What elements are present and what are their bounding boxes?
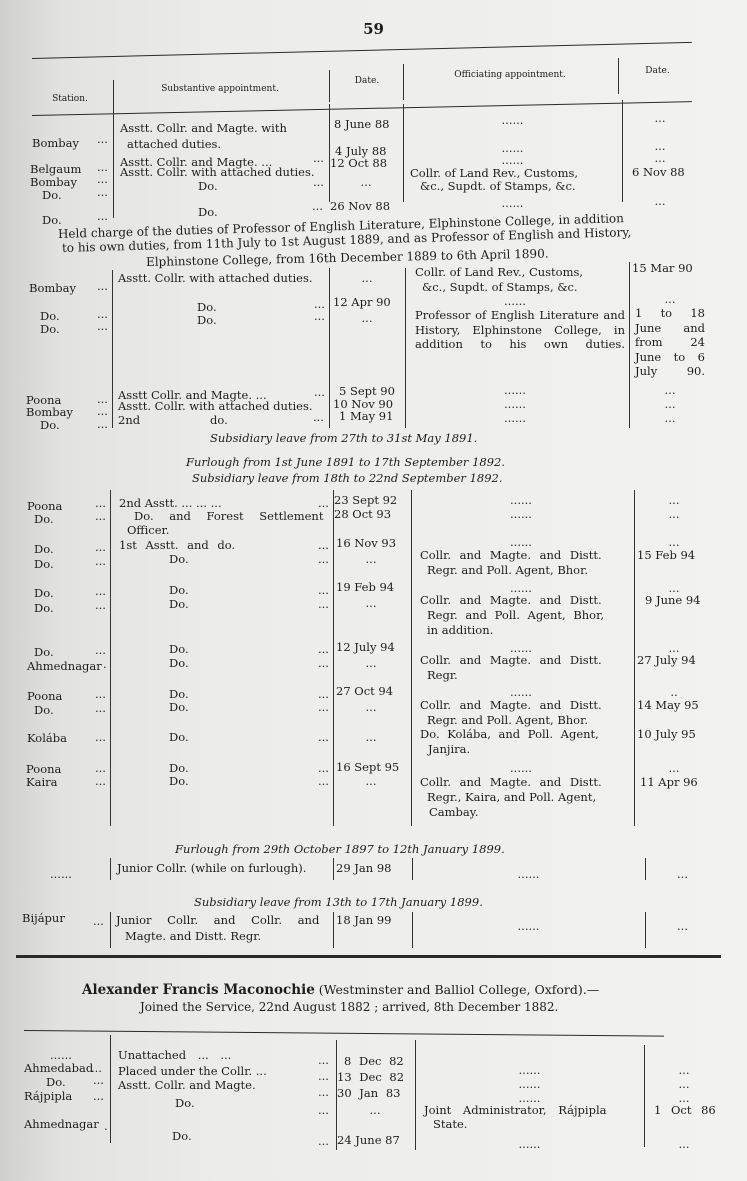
substantive-cell: Asstt. Collr. and Magte. with — [120, 122, 287, 135]
trailing-dots: ... — [318, 657, 329, 670]
officiating-date-cell: ... — [645, 868, 720, 881]
officiating-date-cell: 6 Nov 88 — [632, 166, 685, 179]
officiating-cell: ...... — [411, 494, 631, 507]
substantive-cell: Do. — [169, 584, 189, 597]
officiating-date-cell: ... — [644, 1064, 724, 1077]
station-dots: ... — [97, 133, 108, 146]
station-cell: Bijápur — [22, 912, 65, 925]
date-cell: 12 Apr 90 — [333, 296, 391, 309]
trailing-dots: ... — [318, 584, 329, 597]
substantive-cell: Do. — [169, 643, 189, 656]
date-cell: 23 Sept 92 — [334, 494, 397, 507]
date-cell: 27 Oct 94 — [336, 685, 393, 698]
trailing-dots: ... — [313, 176, 324, 189]
station-cell: Ahmedabad — [24, 1062, 93, 1075]
officiating-date-cell: ... — [634, 508, 714, 521]
officiating-cell: &c., Supdt. of Stamps, &c. — [422, 281, 578, 294]
station-dots: ... — [97, 320, 108, 333]
officiating-date-cell: ... — [630, 293, 710, 306]
substantive-cell: Do. — [169, 598, 189, 611]
date-cell: ... — [334, 553, 408, 566]
date-cell: ... — [332, 272, 402, 285]
officiating-cell: in addition. — [427, 624, 493, 637]
station-dots: ... — [95, 510, 106, 523]
station-dots: ... — [97, 418, 108, 431]
note-furlough-1891: Furlough from 1st June 1891 to 17th Sept… — [186, 456, 505, 469]
substantive-cell: Placed under the Collr. ... — [118, 1065, 267, 1078]
column-divider — [333, 858, 334, 880]
officiating-date-cell: ... — [645, 920, 720, 933]
date-cell: ... — [334, 701, 408, 714]
officiating-date-cell: 10 July 95 — [637, 728, 696, 741]
column-divider — [110, 858, 111, 880]
trailing-dots: ... — [318, 1054, 329, 1067]
station-dots: ... — [95, 702, 106, 715]
trailing-dots: ... — [318, 539, 329, 552]
substantive-cell: Do. — [197, 314, 217, 327]
officiating-cell: ...... — [405, 412, 625, 425]
station-cell: Do. — [34, 587, 54, 600]
column-divider — [112, 270, 113, 428]
note-furlough-1897: Furlough from 29th October 1897 to 12th … — [175, 843, 505, 856]
officiating-cell: Do. Kolába, and Poll. Agent, — [420, 728, 599, 741]
date-cell: ... — [334, 731, 408, 744]
officiating-cell: ...... — [405, 384, 625, 397]
substantive-cell: Do. — [169, 701, 189, 714]
date-cell: 28 Oct 93 — [334, 508, 391, 521]
officiating-date-cell: ... — [644, 1078, 724, 1091]
header-station: Station. — [35, 94, 105, 104]
trailing-dots: ... — [314, 310, 325, 323]
station-dots: ... — [93, 1074, 104, 1087]
station-cell: Do. — [34, 543, 54, 556]
officiating-date-cell: 1 to 18 June and from 24 June to 6 July … — [635, 306, 705, 379]
header-divider — [329, 70, 330, 102]
station-cell: Do. — [34, 558, 54, 571]
officiating-cell: &c., Supdt. of Stamps, &c. — [420, 180, 576, 193]
officiating-date-cell: ... — [630, 398, 710, 411]
date-cell: ... — [334, 597, 408, 610]
date-cell: 19 Feb 94 — [336, 581, 394, 594]
trailing-dots: ... — [318, 701, 329, 714]
station-dots: ... — [97, 186, 108, 199]
trailing-dots: ... — [318, 1070, 329, 1083]
station-cell: Do. — [34, 513, 54, 526]
substantive-cell: Asstt. Collr. and Magte. — [118, 1079, 256, 1092]
station-dots: ... — [95, 585, 106, 598]
officiating-cell: Joint Administrator, Rájpipla — [424, 1104, 606, 1117]
officiating-cell: ...... — [415, 1138, 644, 1151]
officer-education: (Westminster and Balliol College, Oxford… — [319, 982, 599, 997]
officiating-cell: ...... — [412, 920, 645, 933]
officiating-cell: Collr. and Magte. and Distt. — [420, 776, 602, 789]
trailing-dots: ... — [314, 386, 325, 399]
station-cell: Do. — [34, 646, 54, 659]
station-cell: Do. — [42, 214, 62, 227]
station-dots: ... — [97, 210, 108, 223]
date-cell: 18 Jan 99 — [336, 914, 391, 927]
station-cell: Bombay — [32, 137, 79, 150]
date-cell: 12 July 94 — [336, 641, 395, 654]
trailing-dots: ... — [318, 775, 329, 788]
officiating-cell: Collr. and Magte. and Distt. — [420, 654, 602, 667]
trailing-dots: ... — [318, 553, 329, 566]
column-divider — [113, 118, 114, 218]
substantive-cell: Asstt. Collr. with attached duties. — [118, 400, 313, 413]
officiating-cell: Regr., Kaira, and Poll. Agent, — [427, 791, 596, 804]
header-divider — [618, 58, 619, 94]
trailing-dots: ... — [313, 152, 324, 165]
officiating-date-cell: 27 July 94 — [637, 654, 696, 667]
station-cell: Kolába — [27, 732, 67, 745]
column-divider — [403, 104, 404, 202]
header-divider — [403, 64, 404, 100]
station-cell: Do. — [46, 1076, 66, 1089]
substantive-cell: Do. — [169, 731, 189, 744]
officiating-cell: Collr. and Magte. and Distt. — [420, 549, 602, 562]
officiating-date-cell: 9 June 94 — [645, 594, 701, 607]
officer-service: Joined the Service, 22nd August 1882 ; a… — [140, 1001, 558, 1014]
station-dots: ... — [95, 599, 106, 612]
officiating-cell: ...... — [415, 1064, 644, 1077]
station-cell: Kaira — [26, 776, 57, 789]
header-date-1: Date. — [332, 76, 402, 86]
header-divider — [113, 80, 114, 120]
officiating-cell: ...... — [405, 398, 625, 411]
date-cell: 12 Oct 88 — [330, 157, 387, 170]
officiating-date-cell: 14 May 95 — [637, 699, 699, 712]
officiating-cell: Regr. and Poll. Agent, Bhor. — [427, 714, 588, 727]
substantive-cell: Do. — [169, 553, 189, 566]
date-cell: 1 May 91 — [339, 410, 393, 423]
date-cell: 26 Nov 88 — [330, 200, 390, 213]
station-cell: Rájpipla — [24, 1090, 72, 1103]
officiating-cell: Professor of English Literature and Hist… — [415, 308, 625, 352]
header-officiating: Officiating appointment. — [405, 70, 615, 80]
station-cell: Do. — [42, 189, 62, 202]
officiating-cell: Collr. and Magte. and Distt. — [420, 699, 602, 712]
station-dots: . — [103, 658, 107, 671]
officiating-cell: State. — [433, 1118, 467, 1131]
station-cell: Ahmednagar — [24, 1118, 99, 1131]
station-cell: ...... — [50, 868, 72, 881]
trailing-dots: ... — [312, 200, 323, 213]
date-cell: 30 Jan 83 — [337, 1087, 400, 1100]
date-cell: 16 Nov 93 — [336, 537, 396, 550]
substantive-cell: Do. — [198, 206, 218, 219]
officer-separator-rule — [16, 955, 721, 958]
date-cell: 8 June 88 — [334, 118, 390, 131]
trailing-dots: ... — [313, 411, 324, 424]
substantive-cell: Magte. and Distt. Regr. — [125, 930, 261, 943]
column-divider — [110, 912, 111, 948]
column-divider — [110, 490, 111, 826]
station-cell: Poona — [27, 690, 62, 703]
date-cell: ... — [332, 176, 400, 189]
substantive-cell: do. — [210, 414, 228, 427]
station-cell: Do. — [34, 704, 54, 717]
date-cell: 16 Sept 95 — [336, 761, 399, 774]
date-cell: ... — [332, 312, 402, 325]
station-cell: Do. — [40, 419, 60, 432]
column-divider — [622, 100, 623, 202]
page-number: 59 — [0, 20, 747, 38]
header-substantive: Substantive appointment. — [115, 84, 325, 94]
station-dots: ... — [95, 775, 106, 788]
officiating-date-cell: ... — [625, 195, 695, 208]
table-top-rule — [24, 1030, 664, 1037]
officiating-date-cell: ... — [644, 1138, 724, 1151]
station-dots: ... — [95, 644, 106, 657]
table-top-rule — [32, 42, 692, 59]
officiating-date-cell: ... — [634, 494, 714, 507]
officer-name: Alexander Francis Maconochie — [82, 982, 315, 998]
date-cell: 8 Dec 82 — [344, 1055, 404, 1068]
trailing-dots: ... — [318, 598, 329, 611]
substantive-cell: Do. — [172, 1130, 192, 1143]
station-dots: ... — [95, 541, 106, 554]
substantive-cell: attached duties. — [127, 138, 221, 151]
officer-heading: Alexander Francis Maconochie (Westminste… — [82, 983, 599, 997]
station-dots: ... — [95, 731, 106, 744]
officiating-date-cell: 15 Feb 94 — [637, 549, 695, 562]
station-cell: Do. — [40, 323, 60, 336]
date-cell: ... — [334, 657, 408, 670]
substantive-cell: Junior Collr. and Collr. and — [116, 914, 319, 927]
note-subsidiary-leave-1892: Subsidiary leave from 18th to 22nd Septe… — [192, 472, 503, 485]
officiating-cell: ...... — [415, 1078, 644, 1091]
substantive-cell: Do. and Forest Settlement — [134, 510, 323, 523]
officiating-cell: ...... — [405, 197, 620, 210]
officiating-date-cell: ... — [634, 762, 714, 775]
officiating-cell: Janjira. — [428, 743, 470, 756]
officiating-date-cell: ... — [625, 152, 695, 165]
substantive-cell: Do. — [198, 180, 218, 193]
officiating-date-cell: ... — [630, 412, 710, 425]
column-divider — [329, 104, 330, 202]
column-divider — [110, 1035, 111, 1143]
station-cell: Bombay — [29, 282, 76, 295]
column-divider — [329, 268, 330, 428]
officiating-cell: Collr. of Land Rev., Customs, — [415, 266, 583, 279]
trailing-dots: ... — [318, 731, 329, 744]
officiating-cell: ...... — [405, 295, 625, 308]
substantive-cell: Junior Collr. (while on furlough). — [117, 862, 306, 875]
substantive-cell: Asstt. Collr. with attached duties. — [120, 166, 315, 179]
officiating-cell: Regr. and Poll. Agent, Bhor, — [427, 609, 604, 622]
trailing-dots: ... — [318, 1135, 329, 1148]
officiating-date-cell: ... — [625, 112, 695, 125]
station-cell: Do. — [34, 602, 54, 615]
substantive-cell: 2nd — [118, 414, 140, 427]
date-cell: 13 Dec 82 — [337, 1071, 404, 1084]
officiating-cell: Cambay. — [429, 806, 478, 819]
officiating-cell: Regr. — [427, 669, 458, 682]
officiating-date-cell: 11 Apr 96 — [640, 776, 698, 789]
substantive-cell: Unattached ... ... — [118, 1049, 231, 1062]
substantive-cell: Asstt. Collr. with attached duties. — [118, 272, 313, 285]
header-date-2: Date. — [620, 66, 695, 76]
trailing-dots: ... — [318, 1104, 329, 1117]
officiating-cell: ...... — [412, 868, 645, 881]
date-cell: 24 June 87 — [337, 1134, 400, 1147]
officiating-cell: Regr. and Poll. Agent, Bhor. — [427, 564, 588, 577]
date-cell: ... — [334, 775, 408, 788]
station-dots: . — [104, 1120, 108, 1133]
substantive-cell: Do. — [169, 775, 189, 788]
station-dots: ... — [93, 915, 104, 928]
substantive-cell: Officer. — [127, 524, 169, 537]
note-subsidiary-leave-1891: Subsidiary leave from 27th to 31st May 1… — [210, 432, 477, 445]
station-dots: ... — [97, 280, 108, 293]
station-dots: ... — [95, 688, 106, 701]
date-cell: 29 Jan 98 — [336, 862, 391, 875]
officiating-cell: ...... — [411, 762, 631, 775]
station-dots: ... — [95, 555, 106, 568]
trailing-dots: ... — [318, 643, 329, 656]
substantive-cell: Do. — [169, 657, 189, 670]
column-divider — [333, 912, 334, 948]
officiating-date-cell: 1 Oct 86 — [654, 1104, 716, 1117]
officiating-date-cell: 15 Mar 90 — [632, 262, 693, 275]
officiating-cell: Collr. and Magte. and Distt. — [420, 594, 602, 607]
note-subsidiary-leave-1899: Subsidiary leave from 13th to 17th Janua… — [194, 896, 483, 909]
substantive-cell: Do. — [175, 1097, 195, 1110]
station-dots: ... — [93, 1090, 104, 1103]
officiating-date-cell: ... — [630, 384, 710, 397]
date-cell: ... — [337, 1104, 413, 1117]
trailing-dots: ... — [318, 1086, 329, 1099]
officiating-cell: ...... — [411, 508, 631, 521]
station-cell: Ahmednagar — [27, 660, 102, 673]
officiating-cell: ...... — [405, 114, 620, 127]
substantive-cell: 1st Asstt. and do. — [119, 539, 235, 552]
